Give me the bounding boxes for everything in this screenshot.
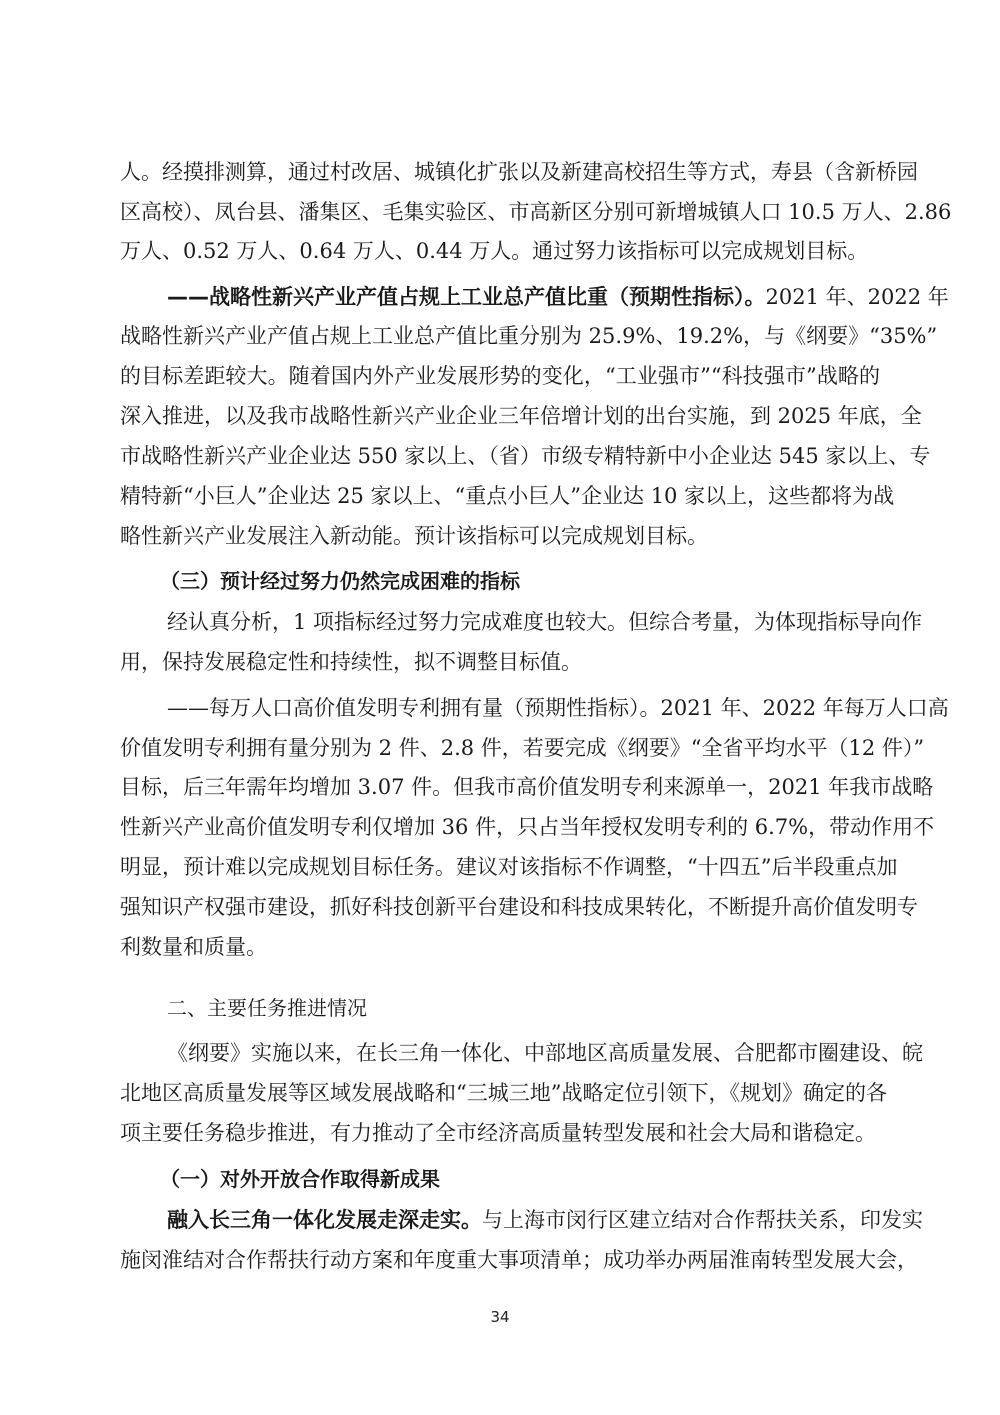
document-page: 人。经摸排测算，通过村改居、城镇化扩张以及新建高校招生等方式，寿县（含新桥园 区…: [0, 0, 1000, 1415]
text-line: 的目标差距较大。随着国内外产业发展形势的变化，“工业强市”“科技强市”战略的: [120, 356, 880, 396]
text-line: 施闵淮结对合作帮扶行动方案和年度重大事项清单；成功举办两届淮南转型发展大会，: [120, 1240, 880, 1280]
text-line: 精特新“小巨人”企业达 25 家以上、“重点小巨人”企业达 10 家以上，这些都…: [120, 476, 880, 516]
section-heading-main-tasks: 二、主要任务推进情况: [167, 988, 367, 1028]
text-line: 万人、0.52 万人、0.64 万人、0.44 万人。通过努力该指标可以完成规划…: [120, 231, 880, 271]
text-line: 略性新兴产业发展注入新动能。预计该指标可以完成规划目标。: [120, 516, 880, 556]
text-line: 人。经摸排测算，通过村改居、城镇化扩张以及新建高校招生等方式，寿县（含新桥园: [120, 152, 880, 192]
text-line: 《纲要》实施以来，在长三角一体化、中部地区高质量发展、合肥都市圈建设、皖: [167, 1033, 880, 1073]
text-line: ——每万人口高价值发明专利拥有量（预期性指标）。2021 年、2022 年每万人…: [167, 688, 880, 728]
text-line: 北地区高质量发展等区域发展战略和“三城三地”战略定位引领下，《规划》确定的各: [120, 1073, 880, 1113]
text-line: 区高校）、凤台县、潘集区、毛集实验区、市高新区分别可新增城镇人口 10.5 万人…: [120, 192, 880, 232]
text-line: 战略性新兴产业产值占规上工业总产值比重分别为 25.9%、19.2%，与《纲要》…: [120, 316, 880, 356]
lead-paragraph-line: 融入长三角一体化发展走深走实。与上海市闵行区建立结对合作帮扶关系，印发实: [167, 1200, 880, 1240]
text-line: 明显，预计难以完成规划目标任务。建议对该指标不作调整，“十四五”后半段重点加: [120, 847, 880, 887]
text-line: 目标，后三年需年均增加 3.07 件。但我市高价值发明专利来源单一，2021 年…: [120, 767, 880, 807]
lead-title: 融入长三角一体化发展走深走实。: [167, 1208, 482, 1232]
text-line: 用，保持发展稳定性和持续性，拟不调整目标值。: [120, 642, 880, 682]
text-line: 利数量和质量。: [120, 927, 880, 967]
subheading-difficult-indicators: （三）预计经过努力仍然完成困难的指标: [160, 561, 520, 601]
text-line: 市战略性新兴产业企业达 550 家以上、（省）市级专精特新中小企业达 545 家…: [120, 436, 880, 476]
lead-text: 与上海市闵行区建立结对合作帮扶关系，印发实: [482, 1208, 923, 1232]
page-number: 34: [0, 1308, 1000, 1326]
text-line: 经认真分析，1 项指标经过努力完成难度也较大。但综合考量，为体现指标导向作: [167, 602, 880, 642]
text-line: 深入推进，以及我市战略性新兴产业企业三年倍增计划的出台实施，到 2025 年底，…: [120, 396, 880, 436]
text-line: 价值发明专利拥有量分别为 2 件、2.8 件，若要完成《纲要》“全省平均水平（1…: [120, 728, 880, 768]
text-line: 强知识产权强市建设，抓好科技创新平台建设和科技成果转化，不断提升高价值发明专: [120, 887, 880, 927]
indicator-title: ——战略性新兴产业产值占规上工业总产值比重（预期性指标）。: [167, 285, 766, 309]
text-line: 项主要任务稳步推进，有力推动了全市经济高质量转型发展和社会大局和谐稳定。: [120, 1113, 880, 1153]
indicator-lead-line: ——战略性新兴产业产值占规上工业总产值比重（预期性指标）。2021 年、2022…: [167, 277, 880, 317]
text-line: 性新兴产业高价值发明专利仅增加 36 件，只占当年授权发明专利的 6.7%，带动…: [120, 807, 880, 847]
indicator-lead-text: 2021 年、2022 年: [766, 285, 949, 309]
subheading-opening-cooperation: （一）对外开放合作取得新成果: [160, 1159, 440, 1199]
